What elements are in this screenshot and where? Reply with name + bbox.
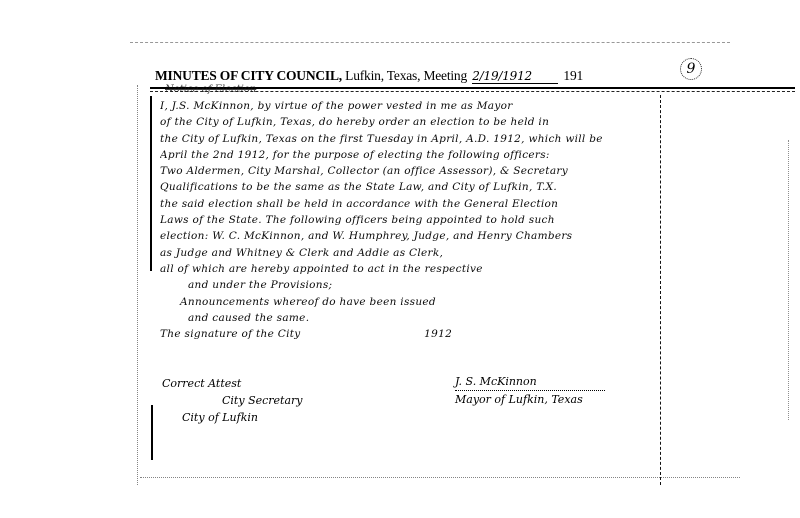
- body-line: as Judge and Whitney & Clerk and Addie a…: [160, 245, 660, 261]
- body-line-with-date: The signature of the City 1912: [160, 326, 660, 342]
- scan-border-top: [130, 42, 730, 44]
- body-line: and caused the same.: [160, 310, 660, 326]
- body-line: I, J.S. McKinnon, by virtue of the power…: [160, 98, 660, 114]
- body-line: Announcements whereof do have been issue…: [160, 294, 660, 310]
- mayor-signature: J. S. McKinnon: [455, 373, 605, 391]
- scan-border-right: [788, 140, 790, 420]
- scan-border-left: [137, 85, 139, 485]
- right-margin-rule: [660, 95, 662, 485]
- attest-label: Correct Attest: [162, 375, 303, 392]
- body-line: the said election shall be held in accor…: [160, 196, 660, 212]
- body-line: election: W. C. McKinnon, and W. Humphre…: [160, 228, 660, 244]
- attest-signature-block: Correct Attest City Secretary City of Lu…: [162, 375, 303, 426]
- secretary-signature: City Secretary: [162, 392, 303, 409]
- header-title: MINUTES OF CITY COUNCIL,: [155, 68, 342, 83]
- year-prefix: 191: [563, 68, 583, 83]
- minutes-header: MINUTES OF CITY COUNCIL, Lufkin, Texas, …: [155, 68, 583, 84]
- body-line: Laws of the State. The following officer…: [160, 212, 660, 228]
- body-line: The signature of the City: [160, 328, 300, 340]
- left-margin-rule: [150, 96, 152, 271]
- scanned-document-page: MINUTES OF CITY COUNCIL, Lufkin, Texas, …: [0, 0, 800, 518]
- struck-through-line: Notice of Election: [165, 84, 256, 95]
- secretary-title: City of Lufkin: [162, 409, 303, 426]
- body-line: Qualifications to be the same as the Sta…: [160, 179, 660, 195]
- body-line: and under the Provisions;: [160, 277, 660, 293]
- mayor-title: Mayor of Lufkin, Texas: [455, 391, 605, 408]
- scan-border-bottom: [140, 477, 740, 479]
- meeting-date: 2/19/1912: [472, 69, 558, 84]
- page-number: 9: [680, 58, 702, 80]
- body-line: the City of Lufkin, Texas on the first T…: [160, 131, 660, 147]
- body-line: of the City of Lufkin, Texas, do hereby …: [160, 114, 660, 130]
- handwritten-body: I, J.S. McKinnon, by virtue of the power…: [160, 98, 660, 342]
- left-margin-rule-lower: [151, 405, 153, 460]
- body-line: all of which are hereby appointed to act…: [160, 261, 660, 277]
- body-line: April the 2nd 1912, for the purpose of e…: [160, 147, 660, 163]
- body-line: Two Aldermen, City Marshal, Collector (a…: [160, 163, 660, 179]
- closing-date: 1912: [424, 326, 452, 342]
- header-city: Lufkin, Texas, Meeting: [345, 68, 467, 83]
- mayor-signature-block: J. S. McKinnon Mayor of Lufkin, Texas: [455, 373, 605, 408]
